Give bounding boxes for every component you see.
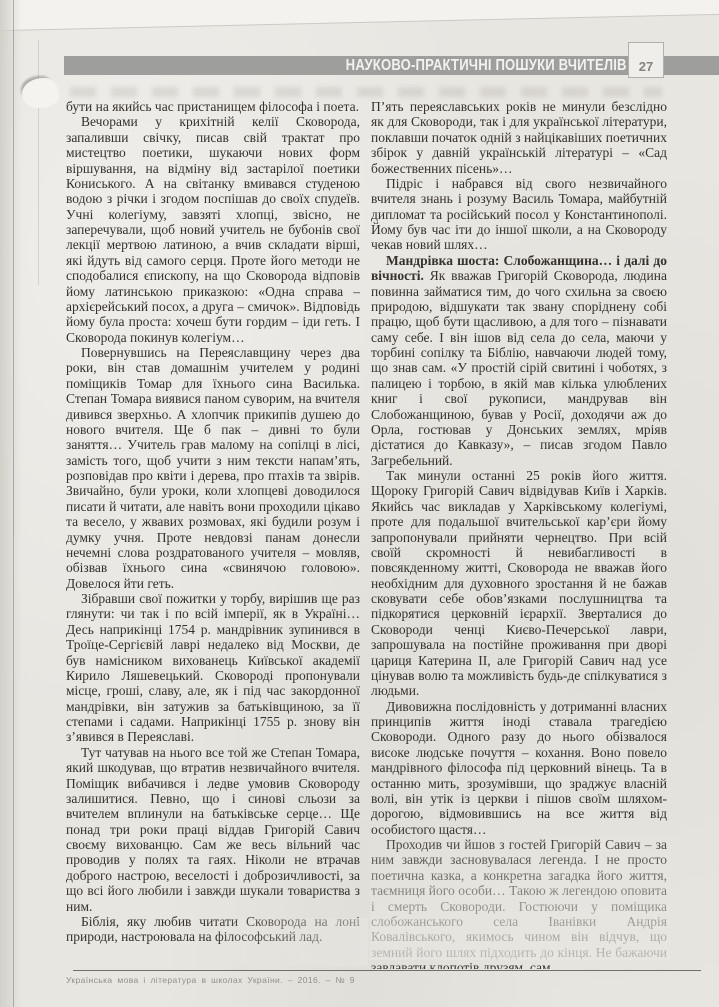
paper-smudge [22, 78, 59, 108]
paragraph-text: Повернувшись на Переяславщину через два … [66, 345, 360, 591]
paragraph-text: бути на якийсь час пристанищем філософа … [66, 99, 359, 114]
paragraph: Біблія, яку любив читати Сковорода на ло… [66, 914, 360, 945]
paragraph-text: Тут чатував на нього все той же Степан Т… [66, 745, 360, 914]
paragraph-text: Дивовижна послідовність у дотриманні вла… [371, 699, 667, 837]
paragraph: Тут чатував на нього все той же Степан Т… [66, 745, 360, 914]
paragraph: Мандрівка шоста: Слобожанщина… і далі до… [371, 253, 667, 468]
section-title: НАУКОВО-ПРАКТИЧНІ ПОШУКИ ВЧИТЕЛІВ [346, 56, 627, 75]
left-column: бути на якийсь час пристанищем філософа … [66, 99, 360, 969]
paragraph-text: Біблія, яку любив читати Сковорода на ло… [66, 914, 360, 944]
paragraph: Вечорами у крихітній келії Сковорода, за… [66, 114, 360, 345]
paragraph: Зібравши свої пожитки у торбу, вирішив щ… [66, 591, 360, 745]
paragraph: Підріс і набрався від свого незвичайного… [371, 176, 667, 253]
paragraph-text: Так минули останні 25 років його життя. … [371, 468, 667, 698]
paragraph-text: Зібравши свої пожитки у торбу, вирішив щ… [66, 591, 360, 744]
footer-citation: Українська мова і література в школах Ук… [66, 975, 355, 985]
paragraph-text: Як вважав Григорій Сковорода, людина пов… [371, 268, 667, 468]
page-top-edge [0, 0, 719, 31]
footer-rule [73, 970, 701, 971]
paper-crease [38, 40, 39, 285]
paragraph-text: Підріс і набрався від свого незвичайного… [371, 176, 667, 253]
paragraph: Так минули останні 25 років його життя. … [371, 468, 667, 699]
scan-edge-line [13, 0, 14, 1007]
paragraph: Проходив чи йшов з гостей Григорій Савич… [371, 837, 667, 969]
paragraph: бути на якийсь час пристанищем філософа … [66, 99, 360, 114]
right-column: П’ять переяславських років не минули без… [371, 99, 667, 969]
paragraph-text: П’ять переяславських років не минули без… [371, 99, 667, 176]
paragraph-text: Вечорами у крихітній келії Сковорода, за… [66, 114, 360, 344]
bleed-through-ghost [70, 87, 662, 97]
page-number-box: 27 [628, 42, 664, 78]
paragraph-text: Проходив чи йшов з гостей Григорій Савич… [371, 837, 667, 969]
paragraph: Повернувшись на Переяславщину через два … [66, 345, 360, 591]
page-number: 27 [639, 59, 653, 74]
spine-shadow [0, 0, 22, 1007]
scanned-page: НАУКОВО-ПРАКТИЧНІ ПОШУКИ ВЧИТЕЛІВ 27 бут… [0, 0, 719, 1007]
paragraph: П’ять переяславських років не минули без… [371, 99, 667, 176]
paragraph: Дивовижна послідовність у дотриманні вла… [371, 699, 667, 837]
